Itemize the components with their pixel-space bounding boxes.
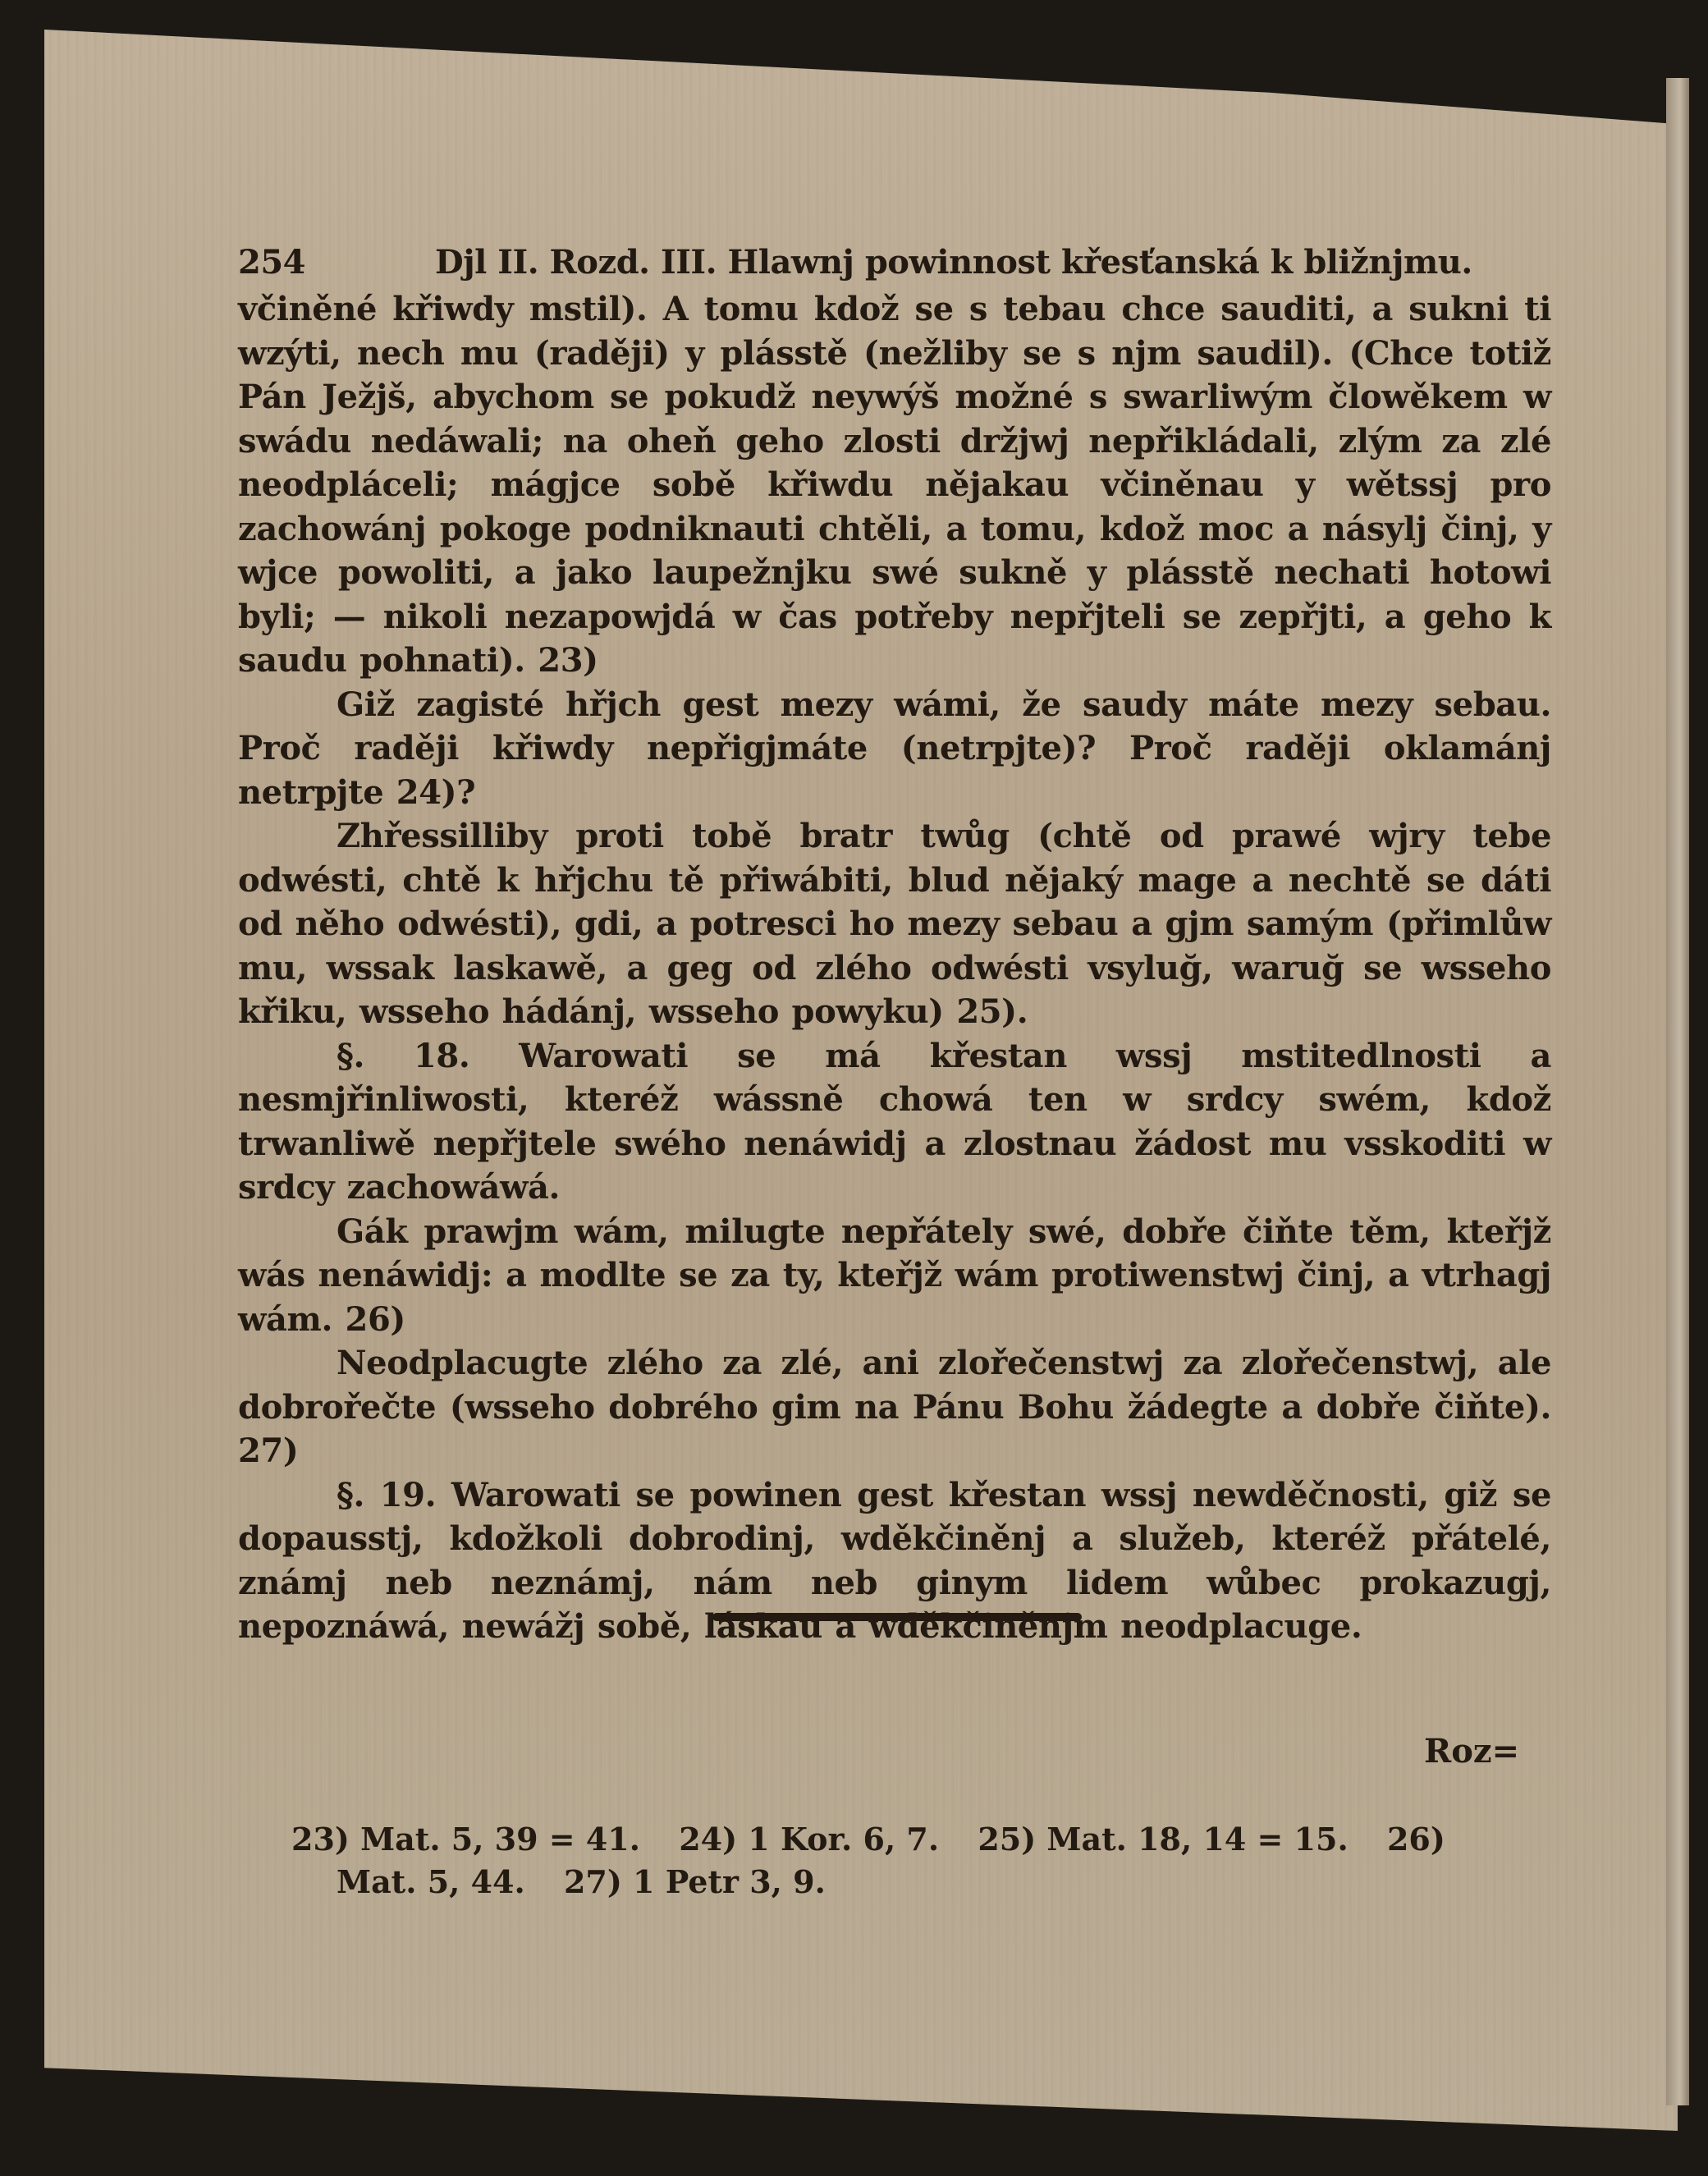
footnote-26-label: 26): [1387, 1821, 1445, 1858]
footnote-24: 24) 1 Kor. 6, 7.: [679, 1821, 939, 1858]
body-text: včiněné křiwdy mstil). A tomu kdož se s …: [238, 287, 1551, 1649]
paragraph: Giž zagisté hřjch gest mezy wámi, že sau…: [238, 683, 1551, 815]
footnote-25: 25) Mat. 18, 14 = 15.: [978, 1821, 1348, 1858]
paragraph: Zhřessilliby proti tobě bratr twůg (chtě…: [238, 814, 1551, 1034]
paragraph: včiněné křiwdy mstil). A tomu kdož se s …: [238, 287, 1551, 683]
paragraph: Neodplacugte zlého za zlé, ani zlořečens…: [238, 1341, 1551, 1473]
page-edge: [1666, 78, 1689, 2105]
footnote-27: 27) 1 Petr 3, 9.: [564, 1863, 826, 1900]
footnote-line: Mat. 5, 44. 27) 1 Petr 3, 9.: [291, 1861, 1555, 1903]
scanned-book-page: 254 Djl II. Rozd. III. Hlawnj powinnost …: [0, 0, 1708, 2176]
footnote-23: 23) Mat. 5, 39 = 41.: [291, 1821, 640, 1858]
paragraph: Gák prawjm wám, milugte nepřátely swé, d…: [238, 1210, 1551, 1342]
section-divider-rule: [712, 1613, 1082, 1621]
footnote-line: 23) Mat. 5, 39 = 41. 24) 1 Kor. 6, 7. 25…: [291, 1818, 1555, 1861]
running-head-title: Djl II. Rozd. III. Hlawnj powinnost křes…: [435, 243, 1472, 282]
page-number: 254: [238, 243, 305, 282]
section-19-paragraph: §. 19. Warowati se powinen gest křestan …: [238, 1473, 1551, 1649]
catchword: Roz=: [1424, 1732, 1519, 1771]
text-block: 254 Djl II. Rozd. III. Hlawnj powinnost …: [238, 238, 1551, 1649]
running-head: 254 Djl II. Rozd. III. Hlawnj powinnost …: [238, 238, 1551, 287]
footnotes: 23) Mat. 5, 39 = 41. 24) 1 Kor. 6, 7. 25…: [291, 1818, 1555, 1903]
section-18-paragraph: §. 18. Warowati se má křestan wssj mstit…: [238, 1034, 1551, 1210]
footnote-26-ref: Mat. 5, 44.: [337, 1863, 525, 1900]
